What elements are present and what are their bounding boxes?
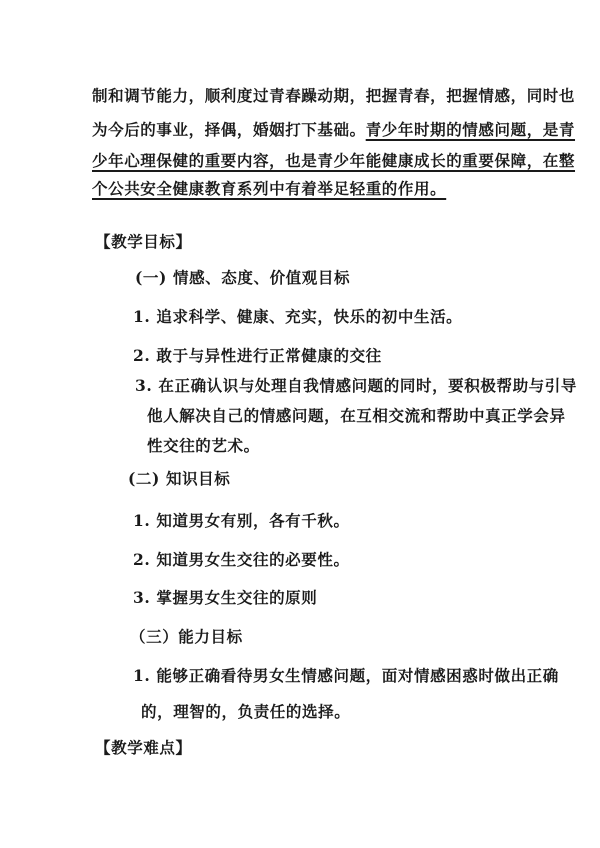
intro-line-2-underlined: 青少年时期的情感问题，是青 bbox=[366, 120, 575, 139]
teaching-goals-heading: 【教学目标】 bbox=[95, 232, 192, 252]
section3-item-1-cont: 的，理智的，负责任的选择。 bbox=[141, 702, 350, 722]
section1-item-3-cont-2: 性交往的艺术。 bbox=[147, 436, 260, 456]
intro-line-3: 少年心理保健的重要内容，也是青少年能健康成长的重要保障，在整 bbox=[92, 151, 575, 171]
section2-item-2: 2. 知道男女生交往的必要性。 bbox=[133, 550, 350, 570]
intro-line-2: 为今后的事业，择偶，婚姻打下基础。青少年时期的情感问题，是青 bbox=[92, 120, 575, 140]
section3-item-1: 1. 能够正确看待男女生情感问题，面对情感困惑时做出正确 bbox=[133, 666, 559, 686]
section1-item-3-cont-1: 他人解决自己的情感问题，在互相交流和帮助中真正学会异 bbox=[147, 406, 566, 426]
section2-item-1: 1. 知道男女有别，各有千秋。 bbox=[133, 511, 350, 531]
section1-title: (一) 情感、态度、价值观目标 bbox=[135, 268, 350, 288]
section2-item-3: 3. 掌握男女生交往的原则 bbox=[133, 588, 317, 608]
section1-item-1: 1. 追求科学、健康、充实，快乐的初中生活。 bbox=[133, 307, 462, 327]
intro-line-2-plain: 为今后的事业，择偶，婚姻打下基础。 bbox=[92, 120, 366, 139]
section1-item-2: 2. 敢于与异性进行正常健康的交往 bbox=[133, 346, 382, 366]
section3-title: （三）能力目标 bbox=[130, 627, 243, 647]
intro-line-4: 个公共安全健康教育系列中有着举足轻重的作用。 bbox=[92, 179, 446, 199]
section1-item-3: 3. 在正确认识与处理自我情感问题的同时，要积极帮助与引导 bbox=[135, 376, 577, 396]
section2-title: (二) 知识目标 bbox=[128, 469, 230, 489]
intro-line-1: 制和调节能力，顺利度过青春躁动期，把握青春，把握情感，同时也 bbox=[92, 86, 575, 106]
teaching-difficulties-heading: 【教学难点】 bbox=[95, 738, 192, 758]
